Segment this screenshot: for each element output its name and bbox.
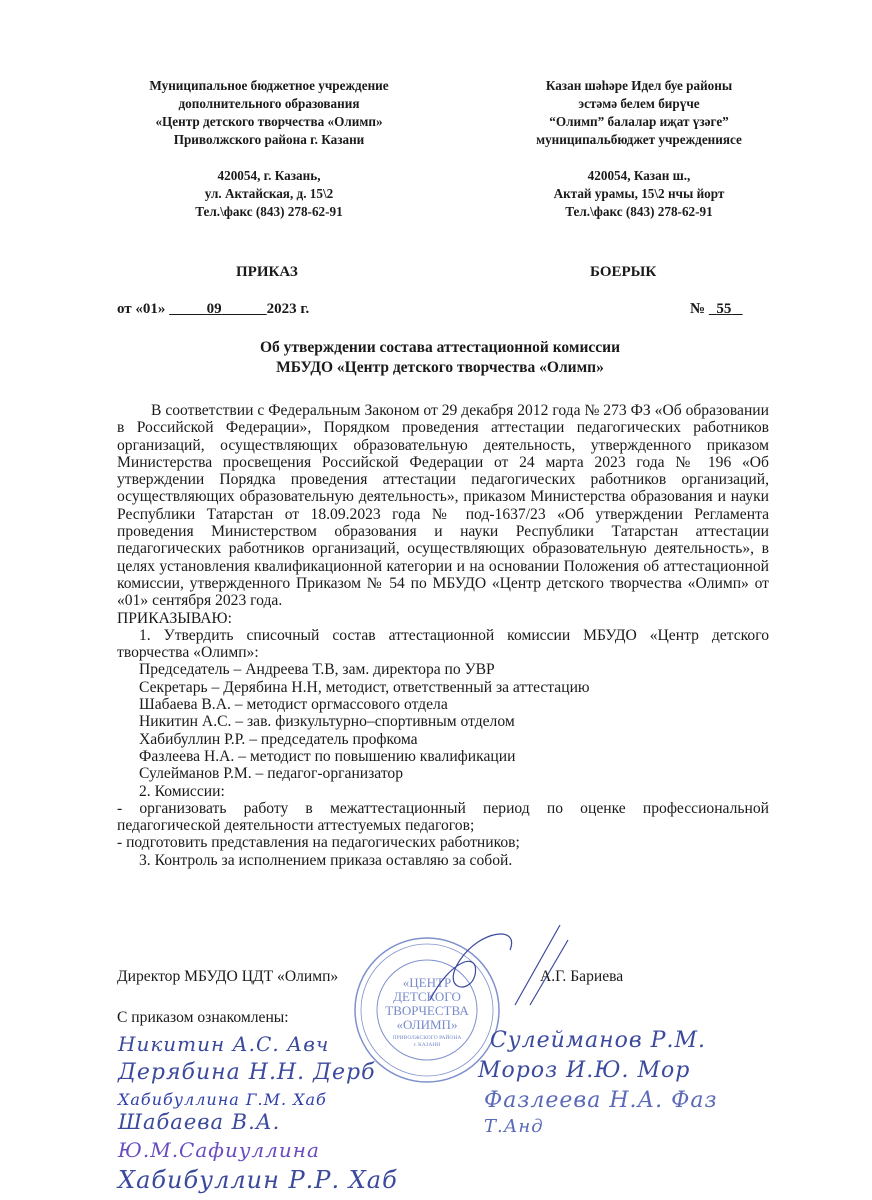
- member: Сулейманов Р.М. – педагог-организатор: [139, 765, 769, 782]
- handwritten-signature: Мороз И.Ю. Мор: [478, 1058, 690, 1083]
- org-name-line: дополнительного образования: [99, 95, 439, 113]
- member: Фазлеева Н.А. – методист по повышению кв…: [139, 748, 769, 765]
- date-year: 2023 г.: [267, 301, 310, 317]
- org-name-line: Приволжского района г. Казани: [99, 131, 439, 149]
- org-name-line: эстәмә белем бирүче: [469, 95, 809, 113]
- order-body: В соответствии с Федеральным Законом от …: [117, 402, 769, 869]
- handwritten-signature: Шабаева В.А.: [118, 1110, 280, 1134]
- org-name-line: Казан шәһәре Идел буе районы: [469, 77, 809, 95]
- org-address-line: ул. Актайская, д. 15\2: [99, 185, 439, 203]
- org-name-line: «Центр детского творчества «Олимп»: [99, 113, 439, 131]
- org-address-line: 420054, г. Казань,: [99, 167, 439, 185]
- handwritten-signature: Ю.М.Сафиуллина: [118, 1138, 320, 1162]
- commission-members: Председатель – Андреева Т.В, зам. директ…: [117, 661, 769, 799]
- number-label: №: [690, 301, 705, 317]
- item-2: 2. Комиссии:: [139, 783, 769, 800]
- preamble-paragraph: В соответствии с Федеральным Законом от …: [117, 402, 769, 610]
- member-chair: Председатель – Андреева Т.В, зам. директ…: [139, 661, 769, 678]
- handwritten-signature: Никитин А.С. Авч: [118, 1032, 329, 1056]
- member-secretary: Секретарь – Дерябина Н.Н, методист, отве…: [139, 679, 769, 696]
- handwritten-signature: Хабибуллин Р.Р. Хаб: [118, 1166, 398, 1194]
- member: Шабаева В.А. – методист оргмассового отд…: [139, 696, 769, 713]
- org-header-russian: Муниципальное бюджетное учреждение допол…: [99, 77, 439, 221]
- org-name-line: Муниципальное бюджетное учреждение: [99, 77, 439, 95]
- handwritten-signature: Сулейманов Р.М.: [490, 1028, 706, 1053]
- org-phone: Тел.\факс (843) 278-62-91: [99, 203, 439, 221]
- org-phone: Тел.\факс (843) 278-62-91: [469, 203, 809, 221]
- order-number: № 55: [690, 301, 743, 318]
- subject-line: Об утверждении состава аттестационной ко…: [110, 338, 770, 358]
- org-address-line: Актай урамы, 15\2 нчы йорт: [469, 185, 809, 203]
- doc-type-tatar: БОЕРЫК: [590, 264, 656, 281]
- order-subject: Об утверждении состава аттестационной ко…: [110, 338, 770, 378]
- org-address-line: 420054, Казан ш.,: [469, 167, 809, 185]
- director-signature: [420, 920, 570, 1010]
- member: Никитин А.С. – зав. физкультурно–спортив…: [139, 713, 769, 730]
- order-word: ПРИКАЗЫВАЮ:: [117, 610, 769, 627]
- org-header-tatar: Казан шәһәре Идел буе районы эстәмә беле…: [469, 77, 809, 221]
- svg-text:г. КАЗАНИ: г. КАЗАНИ: [414, 1042, 441, 1048]
- svg-text:«ОЛИМП»: «ОЛИМП»: [397, 1017, 458, 1032]
- item-3: 3. Контроль за исполнением приказа остав…: [117, 852, 769, 869]
- item-1: 1. Утвердить списочный состав аттестацио…: [117, 627, 769, 662]
- director-position: Директор МБУДО ЦДТ «Олимп»: [117, 968, 338, 986]
- member: Хабибуллин Р.Р. – председатель профкома: [139, 731, 769, 748]
- handwritten-signature: Хабибуллина Г.М. Хаб: [118, 1090, 327, 1109]
- item-2-task: - организовать работу в межаттестационны…: [117, 800, 769, 835]
- handwritten-signature: Т.Анд: [484, 1116, 544, 1137]
- item-2-task: - подготовить представления на педагогич…: [117, 834, 769, 851]
- acknowledged-label: С приказом ознакомлены:: [117, 1009, 289, 1027]
- date-month-underline: [169, 301, 207, 317]
- svg-text:ПРИВОЛЖСКОГО РАЙОНА: ПРИВОЛЖСКОГО РАЙОНА: [393, 1033, 462, 1041]
- number-value: 55: [716, 301, 731, 317]
- date-month: 09: [207, 301, 222, 317]
- director-name: А.Г. Бариева: [540, 968, 623, 986]
- doc-type-russian: ПРИКАЗ: [236, 264, 298, 281]
- org-name-line: “Олимп” балалар иҗат үзәге”: [469, 113, 809, 131]
- subject-line: МБУДО «Центр детского творчества «Олимп»: [110, 358, 770, 378]
- order-date: от «01» 09 2023 г.: [117, 301, 309, 318]
- date-prefix: от «01»: [117, 301, 165, 317]
- handwritten-signature: Дерябина Н.Н. Дерб: [118, 1060, 376, 1085]
- org-name-line: муниципальбюджет учреждениясе: [469, 131, 809, 149]
- handwritten-signature: Фазлеева Н.А. Фаз: [484, 1088, 718, 1113]
